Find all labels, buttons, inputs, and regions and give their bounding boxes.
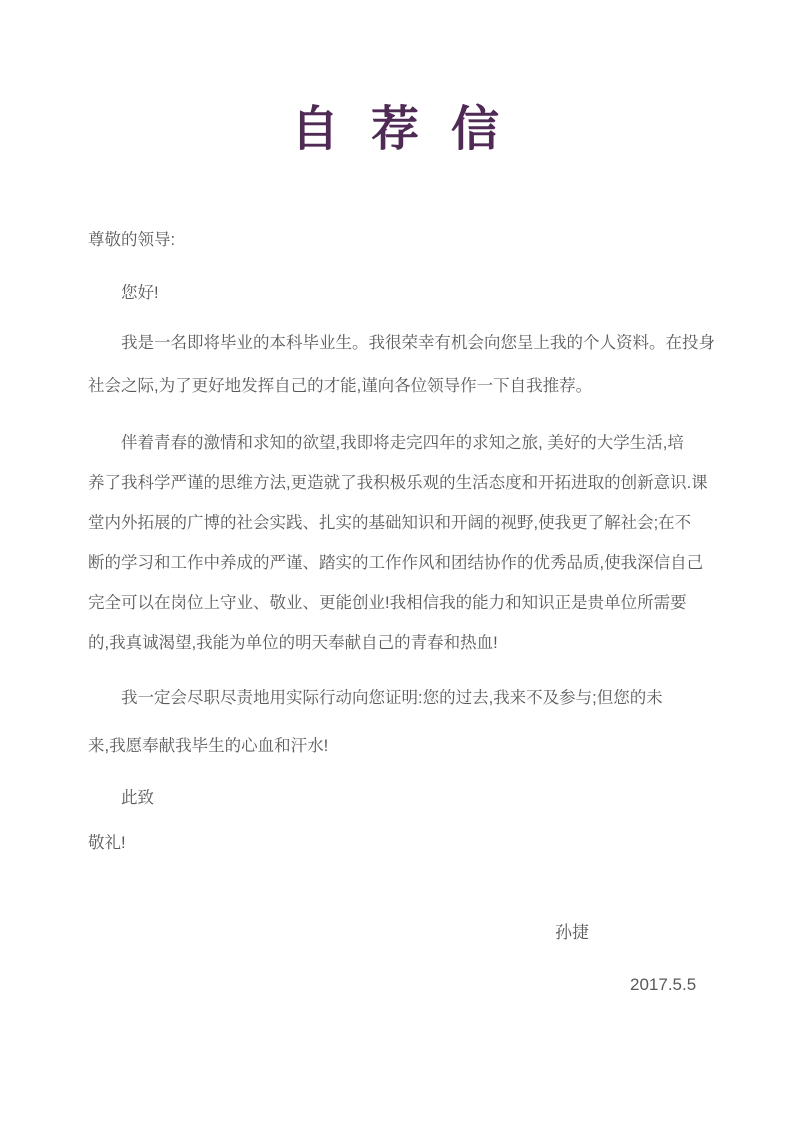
- paragraph-intro-line-2: 社会之际,为了更好地发挥自己的才能,谨向各位领导作一下自我推荐。: [88, 365, 728, 408]
- paragraph-body-line-1: 伴着青春的激情和求知的欲望,我即将走完四年的求知之旅, 美好的大学生活,培: [88, 423, 728, 463]
- paragraph-pledge: 我一定会尽职尽责地用实际行动向您证明:您的过去,我来不及参与;但您的未 来,我愿…: [88, 674, 728, 770]
- paragraph-intro-line-1: 我是一名即将毕业的本科毕业生。我很荣幸有机会向您呈上我的个人资料。在投身: [88, 322, 728, 365]
- greeting-line: 您好!: [88, 273, 761, 313]
- paragraph-pledge-line-2: 来,我愿奉献我毕生的心血和汗水!: [88, 722, 728, 770]
- paragraph-body: 伴着青春的激情和求知的欲望,我即将走完四年的求知之旅, 美好的大学生活,培 养了…: [88, 423, 728, 663]
- signature-date: 2017.5.5: [630, 965, 696, 1005]
- signature-name: 孙捷: [555, 913, 589, 953]
- letter-title: 自 荐 信: [0, 98, 800, 162]
- paragraph-body-line-4: 断的学习和工作中养成的严谨、踏实的工作作风和团结协作的优秀品质,使我深信自己: [88, 543, 728, 583]
- paragraph-body-line-3: 堂内外拓展的广博的社会实践、扎实的基础知识和开阔的视野,使我更了解社会;在不: [88, 503, 728, 543]
- closing-jingli: 敬礼!: [88, 823, 728, 863]
- paragraph-body-line-2: 养了我科学严谨的思维方法,更造就了我积极乐观的生活态度和开拓进取的创新意识.课: [88, 463, 728, 503]
- paragraph-body-line-5: 完全可以在岗位上守业、敬业、更能创业!我相信我的能力和知识正是贵单位所需要: [88, 583, 728, 623]
- paragraph-pledge-line-1: 我一定会尽职尽责地用实际行动向您证明:您的过去,我来不及参与;但您的未: [88, 674, 728, 722]
- salutation-line: 尊敬的领导:: [88, 220, 728, 260]
- closing-cizhi: 此致: [88, 778, 761, 818]
- paragraph-intro: 我是一名即将毕业的本科毕业生。我很荣幸有机会向您呈上我的个人资料。在投身 社会之…: [88, 322, 728, 408]
- paragraph-body-line-6: 的,我真诚渴望,我能为单位的明天奉献自己的青春和热血!: [88, 623, 728, 663]
- letter-page: 自 荐 信 尊敬的领导: 您好! 我是一名即将毕业的本科毕业生。我很荣幸有机会向…: [0, 0, 800, 1132]
